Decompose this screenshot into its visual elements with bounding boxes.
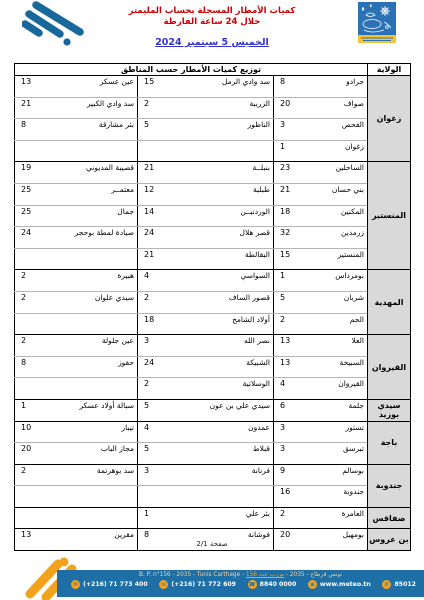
rainfall-value-cell: [15, 140, 61, 162]
rainfall-value-cell: 12: [138, 183, 178, 205]
rainfall-row: المكنين18الوردنيــن14جمال25: [15, 205, 411, 227]
footer-contact-bar: B. P. n°156 - 2035 - Tunis Carthage - تو…: [57, 570, 424, 597]
governorate-cell: باجة: [368, 421, 411, 464]
region-name-cell: بني حسان: [304, 183, 368, 205]
region-name-cell: تستور: [304, 421, 368, 443]
rainfall-value-cell: [138, 486, 178, 508]
rainfall-value-cell: 5: [274, 291, 304, 313]
rainfall-value-cell: 2: [274, 507, 304, 529]
rainfall-row: شربان5قصور الساف2سيدي علوان2: [15, 291, 411, 313]
report-title-line2: خلال 24 ساعة الفارطة: [92, 17, 332, 28]
contact-item: ✆85012: [382, 580, 416, 589]
report-header: كميات الأمطار المسجلة بحساب المليمتر خلا…: [92, 6, 332, 48]
region-name-cell: المكنين: [304, 205, 368, 227]
rainfall-value-cell: 14: [138, 205, 178, 227]
rainfall-value-cell: [15, 248, 61, 270]
rainfall-value-cell: [15, 486, 61, 508]
region-name-cell: بئر مشارقة: [61, 119, 138, 141]
region-name-cell: [61, 248, 138, 270]
region-name-cell: المنستير: [304, 248, 368, 270]
rainfall-value-cell: [15, 507, 61, 529]
rainfall-value-cell: 5: [138, 399, 178, 421]
rainfall-value-cell: 2: [138, 97, 178, 119]
region-name-cell: [178, 486, 274, 508]
footer-address-latin: B. P. n°156 - 2035 - Tunis Carthage -: [139, 572, 246, 578]
rainfall-value-cell: 24: [138, 227, 178, 249]
region-name-cell: نصر الله: [178, 335, 274, 357]
rainfall-value-cell: 24: [15, 227, 61, 249]
rainfall-value-cell: 3: [274, 119, 304, 141]
region-name-cell: الوسلاتية: [178, 378, 274, 400]
region-name-cell: الشبيكة: [178, 356, 274, 378]
rainfall-value-cell: 1: [274, 140, 304, 162]
region-name-cell: تبرسق: [304, 443, 368, 465]
rainfall-value-cell: 15: [274, 248, 304, 270]
rainfall-value-cell: 4: [138, 270, 178, 292]
rainfall-value-cell: 19: [15, 162, 61, 184]
region-name-cell: البقالطة: [178, 248, 274, 270]
inm-logo-icon: [358, 2, 396, 43]
contact-text: 8840 0000: [260, 581, 297, 588]
page-number: صفحة 2/1: [0, 540, 424, 548]
rainfall-row: القيروانالعلا13نصر الله3عين جلولة2: [15, 335, 411, 357]
contact-text: www.meteo.tn: [320, 581, 371, 588]
region-name-cell: بومرداس: [304, 270, 368, 292]
rainfall-value-cell: 8: [274, 76, 304, 98]
rainfall-row: السبيخة13الشبيكة24حفوز8: [15, 356, 411, 378]
rainfall-value-cell: 1: [274, 270, 304, 292]
region-name-cell: سيدي علي بن عون: [178, 399, 274, 421]
region-name-cell: السواسي: [178, 270, 274, 292]
rainfall-row: الجم2أولاد الشامخ18: [15, 313, 411, 335]
rainfall-row: بني حسان21طبلبة12معتمــر25: [15, 183, 411, 205]
rainfall-value-cell: 2: [274, 313, 304, 335]
rainfall-row: الفحص3الناظور5بئر مشارقة8: [15, 119, 411, 141]
region-name-cell: فرنانة: [178, 464, 274, 486]
region-name-cell: سد وادي الرمل: [178, 76, 274, 98]
rainfall-value-cell: 5: [138, 119, 178, 141]
rainfall-value-cell: 2: [15, 270, 61, 292]
region-name-cell: سيدي علوان: [61, 291, 138, 313]
governorate-cell: القيروان: [368, 335, 411, 400]
report-date: الخميس 5 سبتمبر 2024: [92, 37, 332, 48]
rainfall-value-cell: 25: [15, 183, 61, 205]
rainfall-value-cell: 1: [15, 399, 61, 421]
rainfall-value-cell: 18: [138, 313, 178, 335]
rainfall-value-cell: 20: [15, 443, 61, 465]
globe-icon: ⊕: [308, 580, 317, 589]
region-name-cell: تيبار: [61, 421, 138, 443]
region-name-cell: [61, 140, 138, 162]
region-name-cell: صواف: [304, 97, 368, 119]
region-name-cell: شربان: [304, 291, 368, 313]
region-name-cell: عين عسكر: [61, 76, 138, 98]
region-name-cell: حفوز: [61, 356, 138, 378]
governorate-cell: جندوبة: [368, 464, 411, 507]
region-name-cell: جمال: [61, 205, 138, 227]
fax-icon: ☏: [159, 580, 168, 589]
rainfall-value-cell: 24: [138, 356, 178, 378]
governorate-column-header: الولاية: [368, 64, 411, 76]
region-name-cell: قصور الساف: [178, 291, 274, 313]
comet-stripes-icon: [22, 0, 94, 48]
region-name-cell: جندوبة: [304, 486, 368, 508]
rainfall-value-cell: 2: [15, 464, 61, 486]
rainfall-value-cell: [138, 140, 178, 162]
rainfall-row: المنستير15البقالطة21: [15, 248, 411, 270]
rainfall-row: صواف20الزريبة2سد وادي الكبير21: [15, 97, 411, 119]
rainfall-value-cell: 8: [15, 119, 61, 141]
rainfall-row: باجةتستور3عمدون4تيبار10: [15, 421, 411, 443]
rainfall-row: صفاقسالعامرة2بئر علي1: [15, 507, 411, 529]
region-name-cell: [61, 486, 138, 508]
region-name-cell: الفحص: [304, 119, 368, 141]
rainfall-report-page: { "header": { "title_line1": "كميات الأم…: [0, 0, 424, 600]
rainfall-value-cell: [15, 313, 61, 335]
rainfall-value-cell: 25: [15, 205, 61, 227]
rainfall-value-cell: 21: [274, 183, 304, 205]
rainfall-value-cell: 21: [138, 248, 178, 270]
rainfall-row: زرمدين32قصر هلال24صيادة لمطة بوحجر24: [15, 227, 411, 249]
contact-text: (+216) 71 772 609: [171, 581, 236, 588]
rainfall-value-cell: 10: [15, 421, 61, 443]
rainfall-value-cell: 5: [138, 443, 178, 465]
contact-item: ⊕www.meteo.tn: [308, 580, 371, 589]
rainfall-row: جندوبةبوسالم9فرنانة3سد بوهرتمة2: [15, 464, 411, 486]
region-name-cell: الزريبة: [178, 97, 274, 119]
rainfall-value-cell: 3: [138, 464, 178, 486]
governorate-cell: المهدية: [368, 270, 411, 335]
rainfall-value-cell: 13: [274, 335, 304, 357]
rainfall-value-cell: 4: [274, 378, 304, 400]
rainfall-value-cell: 3: [274, 421, 304, 443]
phone-icon: ☎: [248, 580, 257, 589]
region-name-cell: أولاد الشامخ: [178, 313, 274, 335]
governorate-cell: المنستير: [368, 162, 411, 270]
region-name-cell: سد بوهرتمة: [61, 464, 138, 486]
rainfall-value-cell: 2: [138, 378, 178, 400]
region-name-cell: جلمة: [304, 399, 368, 421]
region-name-cell: سبالة أولاد عسكر: [61, 399, 138, 421]
region-name-cell: بنبلــة: [178, 162, 274, 184]
region-name-cell: عين جلولة: [61, 335, 138, 357]
comet-stripes-logo: [22, 0, 94, 52]
region-name-cell: [61, 313, 138, 335]
region-name-cell: العلا: [304, 335, 368, 357]
region-name-cell: زغوان: [304, 140, 368, 162]
region-name-cell: القيروان: [304, 378, 368, 400]
region-name-cell: هبيرة: [61, 270, 138, 292]
rainfall-row: المنستيرالساحلين23بنبلــة21قصيبة المديون…: [15, 162, 411, 184]
rainfall-row: زغوانجرادو8سد وادي الرمل15عين عسكر13: [15, 76, 411, 98]
region-name-cell: سد وادي الكبير: [61, 97, 138, 119]
region-name-cell: [61, 507, 138, 529]
governorate-cell: صفاقس: [368, 507, 411, 529]
rainfall-value-cell: 3: [138, 335, 178, 357]
footer-contact-items: ✉(+216) 71 773 400☏(+216) 71 772 609☎884…: [57, 578, 424, 589]
governorate-cell: سيدي بوزيد: [368, 399, 411, 421]
region-name-cell: السبيخة: [304, 356, 368, 378]
footer-address-arabic: تونس قرطاج - 2035 -: [284, 572, 342, 578]
rainfall-value-cell: 9: [274, 464, 304, 486]
region-name-cell: الناظور: [178, 119, 274, 141]
rainfall-value-cell: 21: [138, 162, 178, 184]
region-name-cell: [178, 140, 274, 162]
rainfall-row: سيدي بوزيدجلمة6سيدي علي بن عون5سبالة أول…: [15, 399, 411, 421]
rainfall-value-cell: 6: [274, 399, 304, 421]
region-name-cell: طبلبة: [178, 183, 274, 205]
rainfall-value-cell: 15: [138, 76, 178, 98]
region-name-cell: قصيبة المديوني: [61, 162, 138, 184]
rainfall-value-cell: 23: [274, 162, 304, 184]
rainfall-row: تبرسق3قبلاط5مجاز الباب20: [15, 443, 411, 465]
region-name-cell: بئر علي: [178, 507, 274, 529]
region-name-cell: [61, 378, 138, 400]
rainfall-value-cell: 1: [138, 507, 178, 529]
region-name-cell: الجم: [304, 313, 368, 335]
contact-text: 85012: [394, 581, 416, 588]
rainfall-value-cell: 3: [274, 443, 304, 465]
region-name-cell: مجاز الباب: [61, 443, 138, 465]
distribution-column-header: توزيع كميات الأمطار حسب المناطق: [15, 64, 368, 76]
contact-text: (+216) 71 773 400: [83, 581, 148, 588]
region-name-cell: عمدون: [178, 421, 274, 443]
footer-address-po-box: ص.ب عدد 156: [246, 572, 284, 578]
contact-item: ☏(+216) 71 772 609: [159, 580, 236, 589]
governorate-cell: زغوان: [368, 76, 411, 162]
rainfall-value-cell: 20: [274, 97, 304, 119]
rainfall-value-cell: 8: [15, 356, 61, 378]
rainfall-value-cell: 16: [274, 486, 304, 508]
contact-item: ✉(+216) 71 773 400: [71, 580, 148, 589]
region-name-cell: زرمدين: [304, 227, 368, 249]
rainfall-value-cell: 21: [15, 97, 61, 119]
region-name-cell: قبلاط: [178, 443, 274, 465]
rainfall-value-cell: 13: [15, 76, 61, 98]
rainfall-value-cell: [15, 378, 61, 400]
inm-meteorology-logo: [358, 2, 396, 47]
rainfall-table: الولاية توزيع كميات الأمطار حسب المناطق …: [14, 63, 411, 551]
report-title-line1: كميات الأمطار المسجلة بحساب المليمتر: [92, 6, 332, 17]
envelope-icon: ✉: [71, 580, 80, 589]
rainfall-value-cell: 32: [274, 227, 304, 249]
rainfall-value-cell: 2: [138, 291, 178, 313]
region-name-cell: بوسالم: [304, 464, 368, 486]
rainfall-value-cell: 18: [274, 205, 304, 227]
rainfall-row: المهديةبومرداس1السواسي4هبيرة2: [15, 270, 411, 292]
rainfall-value-cell: 4: [138, 421, 178, 443]
region-name-cell: صيادة لمطة بوحجر: [61, 227, 138, 249]
region-name-cell: العامرة: [304, 507, 368, 529]
rainfall-value-cell: 2: [15, 335, 61, 357]
rainfall-row: القيروان4الوسلاتية2: [15, 378, 411, 400]
sms-icon: ✆: [382, 580, 391, 589]
rainfall-row: جندوبة16: [15, 486, 411, 508]
region-name-cell: قصر هلال: [178, 227, 274, 249]
rainfall-value-cell: 13: [274, 356, 304, 378]
region-name-cell: الوردنيــن: [178, 205, 274, 227]
rainfall-value-cell: 2: [15, 291, 61, 313]
rainfall-row: زغوان1: [15, 140, 411, 162]
region-name-cell: جرادو: [304, 76, 368, 98]
region-name-cell: معتمــر: [61, 183, 138, 205]
region-name-cell: الساحلين: [304, 162, 368, 184]
contact-item: ☎8840 0000: [248, 580, 297, 589]
